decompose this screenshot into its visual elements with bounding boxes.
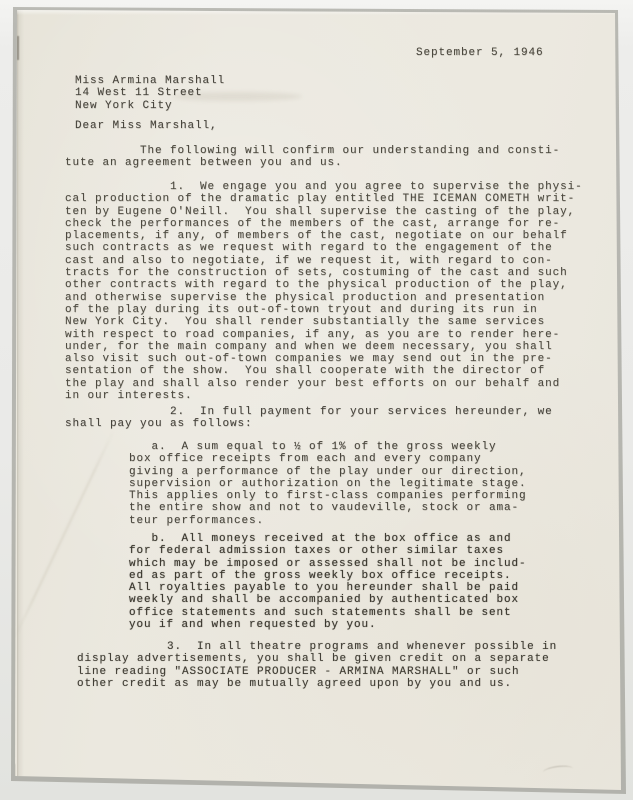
recipient-name: Miss Armina Marshall bbox=[75, 75, 225, 87]
paper-edge-mark bbox=[17, 36, 19, 60]
scanned-letter-photo: September 5, 1946 Miss Armina Marshall14… bbox=[0, 0, 633, 800]
recipient-address-block: Miss Armina Marshall14 West 11 StreetNew… bbox=[75, 75, 225, 112]
faint-pencil-mark bbox=[543, 764, 574, 777]
paragraph-clause-2: 2. In full payment for your services her… bbox=[65, 406, 553, 431]
letter-date: September 5, 1946 bbox=[416, 47, 544, 59]
recipient-street: 14 West 11 Street bbox=[75, 87, 225, 99]
paper-crease bbox=[12, 429, 115, 641]
recipient-city: New York City bbox=[75, 100, 225, 112]
salutation: Dear Miss Marshall, bbox=[75, 120, 218, 132]
paragraph-clause-1: 1. We engage you and you agree to superv… bbox=[65, 181, 583, 402]
paragraph-clause-2a: a. A sum equal to ½ of 1% of the gross w… bbox=[129, 441, 527, 527]
paragraph-clause-2b: b. All moneys received at the box office… bbox=[129, 533, 527, 631]
paper-left-edge-shading bbox=[17, 10, 25, 778]
paragraph-clause-3: 3. In all theatre programs and whenever … bbox=[77, 641, 557, 690]
paragraph-intro: The following will confirm our understan… bbox=[65, 145, 560, 170]
